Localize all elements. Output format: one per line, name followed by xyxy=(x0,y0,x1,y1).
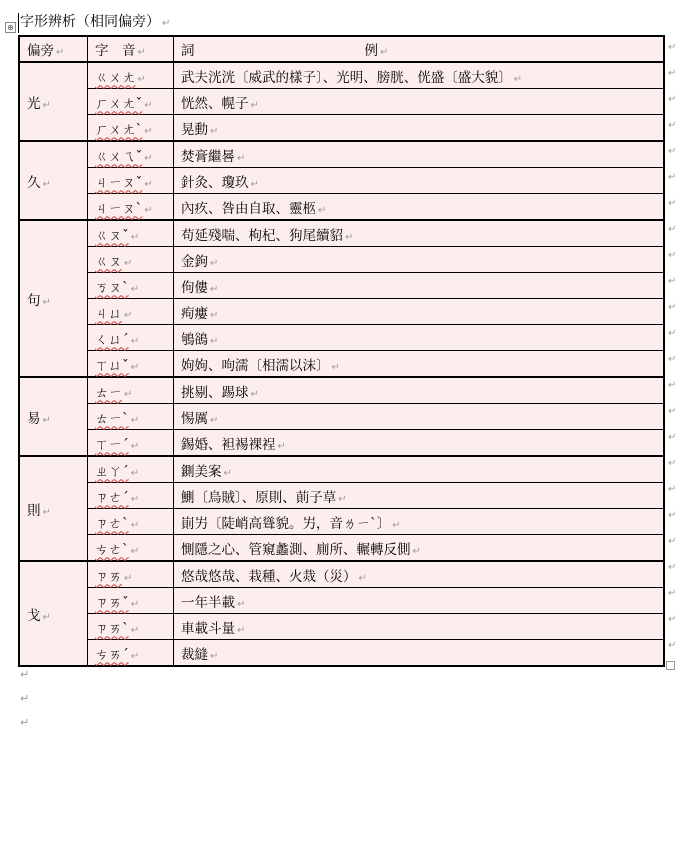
row-end-mark-icon: ↵ xyxy=(668,224,676,235)
words-cell: 鰂〔烏賊〕、原則、萴子草↵ xyxy=(174,483,665,509)
phonetic-cell: ㄘㄜˋ↵ xyxy=(88,535,174,562)
words-cell: 錫婚、袒裼裸裎↵ xyxy=(174,430,665,457)
phonetic-cell: ㄍㄡ↵ xyxy=(88,247,174,273)
phonetic-cell: ㄐㄧㄡˇ↵ xyxy=(88,168,174,194)
row-end-mark-icon: ↵ xyxy=(668,328,676,339)
phonetic-cell: ㄏㄨㄤˋ↵ xyxy=(88,115,174,142)
document-title: 字形辨析（相同偏旁）↵ xyxy=(18,13,170,33)
row-end-mark-icon: ↵ xyxy=(668,640,676,651)
phonetic-cell: ㄗㄞˇ↵ xyxy=(88,588,174,614)
words-cell: 晃動↵ xyxy=(174,115,665,142)
table-resize-handle[interactable] xyxy=(666,661,675,670)
table-row: ㄏㄨㄤˋ↵晃動↵ xyxy=(19,115,664,142)
words-cell: 悠哉悠哉、栽種、火烖（災）↵ xyxy=(174,561,665,588)
row-end-mark-icon: ↵ xyxy=(668,250,676,261)
phonetic-cell: ㄊㄧ↵ xyxy=(88,377,174,404)
phonetic-cell: ㄍㄨㄤ↵ xyxy=(88,62,174,89)
row-end-mark-icon: ↵ xyxy=(668,354,676,365)
words-cell: 武夫洸洸〔威武的樣子〕、光明、膀胱、侊盛〔盛大貌〕↵ xyxy=(174,62,665,89)
header-words: 詞例↵ xyxy=(174,36,665,62)
table-row: 戈↵ㄗㄞ↵悠哉悠哉、栽種、火烖（災）↵ xyxy=(19,561,664,588)
radical-cell: 句↵ xyxy=(19,220,88,377)
table-body: 光↵ㄍㄨㄤ↵武夫洸洸〔威武的樣子〕、光明、膀胱、侊盛〔盛大貌〕↵ㄏㄨㄤˇ↵恍然、… xyxy=(19,62,664,666)
words-cell: 內疚、咎由自取、靈柩↵ xyxy=(174,194,665,221)
row-end-mark-icon: ↵ xyxy=(668,614,676,625)
row-end-mark-icon: ↵ xyxy=(668,146,676,157)
table-row: ㄏㄨㄤˇ↵恍然、幌子↵ xyxy=(19,89,664,115)
table-row: ㄗㄜˊ↵鰂〔烏賊〕、原則、萴子草↵ xyxy=(19,483,664,509)
table-move-handle-icon[interactable]: ⊕ xyxy=(5,22,16,33)
words-cell: 裁縫↵ xyxy=(174,640,665,667)
radical-cell: 久↵ xyxy=(19,141,88,220)
title-text: 字形辨析（相同偏旁） xyxy=(20,14,160,30)
words-cell: 苟延殘喘、枸杞、狗尾續貂↵ xyxy=(174,220,665,247)
phonetic-cell: ㄗㄜˋ↵ xyxy=(88,509,174,535)
empty-paragraph-mark: ↵ xyxy=(20,716,29,729)
empty-paragraph-mark: ↵ xyxy=(20,668,29,681)
table-row: ㄑㄩˊ↵鴝鵒↵ xyxy=(19,325,664,351)
radical-cell: 易↵ xyxy=(19,377,88,456)
words-cell: 姁姁、呴濡〔相濡以沫〕↵ xyxy=(174,351,665,378)
table-row: ㄍㄡ↵金鉤↵ xyxy=(19,247,664,273)
table-row: ㄒㄧˊ↵錫婚、袒裼裸裎↵ xyxy=(19,430,664,457)
row-end-mark-icon: ↵ xyxy=(668,432,676,443)
phonetic-cell: ㄗㄞˋ↵ xyxy=(88,614,174,640)
words-cell: 焚膏繼晷↵ xyxy=(174,141,665,168)
table-row: ㄊㄧˋ↵惕厲↵ xyxy=(19,404,664,430)
row-end-mark-icon: ↵ xyxy=(668,172,676,183)
table-row: ㄗㄜˋ↵崱屴〔陡峭高聳貌。屴，音ㄌㄧˋ〕↵ xyxy=(19,509,664,535)
phonetic-cell: ㄘㄞˊ↵ xyxy=(88,640,174,667)
phonetic-cell: ㄐㄩ↵ xyxy=(88,299,174,325)
paragraph-mark-icon: ↵ xyxy=(162,18,170,29)
phonetic-cell: ㄗㄞ↵ xyxy=(88,561,174,588)
row-end-mark-icon: ↵ xyxy=(668,536,676,547)
words-cell: 惕厲↵ xyxy=(174,404,665,430)
row-end-mark-icon: ↵ xyxy=(668,94,676,105)
phonetic-cell: ㄎㄡˋ↵ xyxy=(88,273,174,299)
radical-cell: 戈↵ xyxy=(19,561,88,666)
words-cell: 鴝鵒↵ xyxy=(174,325,665,351)
row-end-mark-icon: ↵ xyxy=(668,120,676,131)
table-header-row: 偏旁↵ 字 音↵ 詞例↵ xyxy=(19,36,664,62)
row-end-mark-icon: ↵ xyxy=(668,198,676,209)
table-row: 久↵ㄍㄨㄟˇ↵焚膏繼晷↵ xyxy=(19,141,664,168)
phonetic-cell: ㄍㄨㄟˇ↵ xyxy=(88,141,174,168)
header-radical: 偏旁↵ xyxy=(19,36,88,62)
words-cell: 車載斗量↵ xyxy=(174,614,665,640)
table-row: 句↵ㄍㄡˇ↵苟延殘喘、枸杞、狗尾續貂↵ xyxy=(19,220,664,247)
words-cell: 痀瘻↵ xyxy=(174,299,665,325)
row-end-mark-icon: ↵ xyxy=(668,406,676,417)
table-row: ㄗㄞˋ↵車載斗量↵ xyxy=(19,614,664,640)
table-row: ㄘㄞˊ↵裁縫↵ xyxy=(19,640,664,667)
row-end-mark-icon: ↵ xyxy=(668,588,676,599)
table-row: ㄐㄧㄡˋ↵內疚、咎由自取、靈柩↵ xyxy=(19,194,664,221)
row-end-mark-icon: ↵ xyxy=(668,484,676,495)
table-row: ㄐㄩ↵痀瘻↵ xyxy=(19,299,664,325)
table-row: ㄗㄞˇ↵一年半載↵ xyxy=(19,588,664,614)
radical-cell: 光↵ xyxy=(19,62,88,141)
header-phonetic: 字 音↵ xyxy=(88,36,174,62)
words-cell: 鍘美案↵ xyxy=(174,456,665,483)
table-row: ㄒㄩˇ↵姁姁、呴濡〔相濡以沫〕↵ xyxy=(19,351,664,378)
row-end-mark-icon: ↵ xyxy=(668,380,676,391)
table-row: ㄐㄧㄡˇ↵針灸、瓊玖↵ xyxy=(19,168,664,194)
words-cell: 針灸、瓊玖↵ xyxy=(174,168,665,194)
row-end-mark-icon: ↵ xyxy=(668,510,676,521)
phonetic-cell: ㄗㄜˊ↵ xyxy=(88,483,174,509)
table-row: 則↵ㄓㄚˊ↵鍘美案↵ xyxy=(19,456,664,483)
row-end-mark-icon: ↵ xyxy=(668,562,676,573)
words-cell: 佝僂↵ xyxy=(174,273,665,299)
phonetic-cell: ㄏㄨㄤˇ↵ xyxy=(88,89,174,115)
row-end-mark-icon: ↵ xyxy=(668,302,676,313)
empty-paragraph-mark: ↵ xyxy=(20,692,29,705)
phonetic-cell: ㄑㄩˊ↵ xyxy=(88,325,174,351)
words-cell: 挑剔、踢球↵ xyxy=(174,377,665,404)
row-end-mark-icon: ↵ xyxy=(668,458,676,469)
words-cell: 恍然、幌子↵ xyxy=(174,89,665,115)
phonetic-cell: ㄊㄧˋ↵ xyxy=(88,404,174,430)
row-end-mark-icon: ↵ xyxy=(668,276,676,287)
words-cell: 崱屴〔陡峭高聳貌。屴，音ㄌㄧˋ〕↵ xyxy=(174,509,665,535)
table-row: ㄎㄡˋ↵佝僂↵ xyxy=(19,273,664,299)
phonetic-cell: ㄍㄡˇ↵ xyxy=(88,220,174,247)
table-row: 光↵ㄍㄨㄤ↵武夫洸洸〔威武的樣子〕、光明、膀胱、侊盛〔盛大貌〕↵ xyxy=(19,62,664,89)
row-end-mark-icon: ↵ xyxy=(668,68,676,79)
words-cell: 一年半載↵ xyxy=(174,588,665,614)
phonetic-cell: ㄓㄚˊ↵ xyxy=(88,456,174,483)
character-table: 偏旁↵ 字 音↵ 詞例↵ 光↵ㄍㄨㄤ↵武夫洸洸〔威武的樣子〕、光明、膀胱、侊盛〔… xyxy=(18,35,665,667)
phonetic-cell: ㄒㄩˇ↵ xyxy=(88,351,174,378)
radical-cell: 則↵ xyxy=(19,456,88,561)
phonetic-cell: ㄐㄧㄡˋ↵ xyxy=(88,194,174,221)
table-row: ㄘㄜˋ↵惻隱之心、管窺蠡測、廁所、輾轉反側↵ xyxy=(19,535,664,562)
row-end-mark-icon: ↵ xyxy=(668,42,676,53)
table-row: 易↵ㄊㄧ↵挑剔、踢球↵ xyxy=(19,377,664,404)
phonetic-cell: ㄒㄧˊ↵ xyxy=(88,430,174,457)
words-cell: 惻隱之心、管窺蠡測、廁所、輾轉反側↵ xyxy=(174,535,665,562)
words-cell: 金鉤↵ xyxy=(174,247,665,273)
